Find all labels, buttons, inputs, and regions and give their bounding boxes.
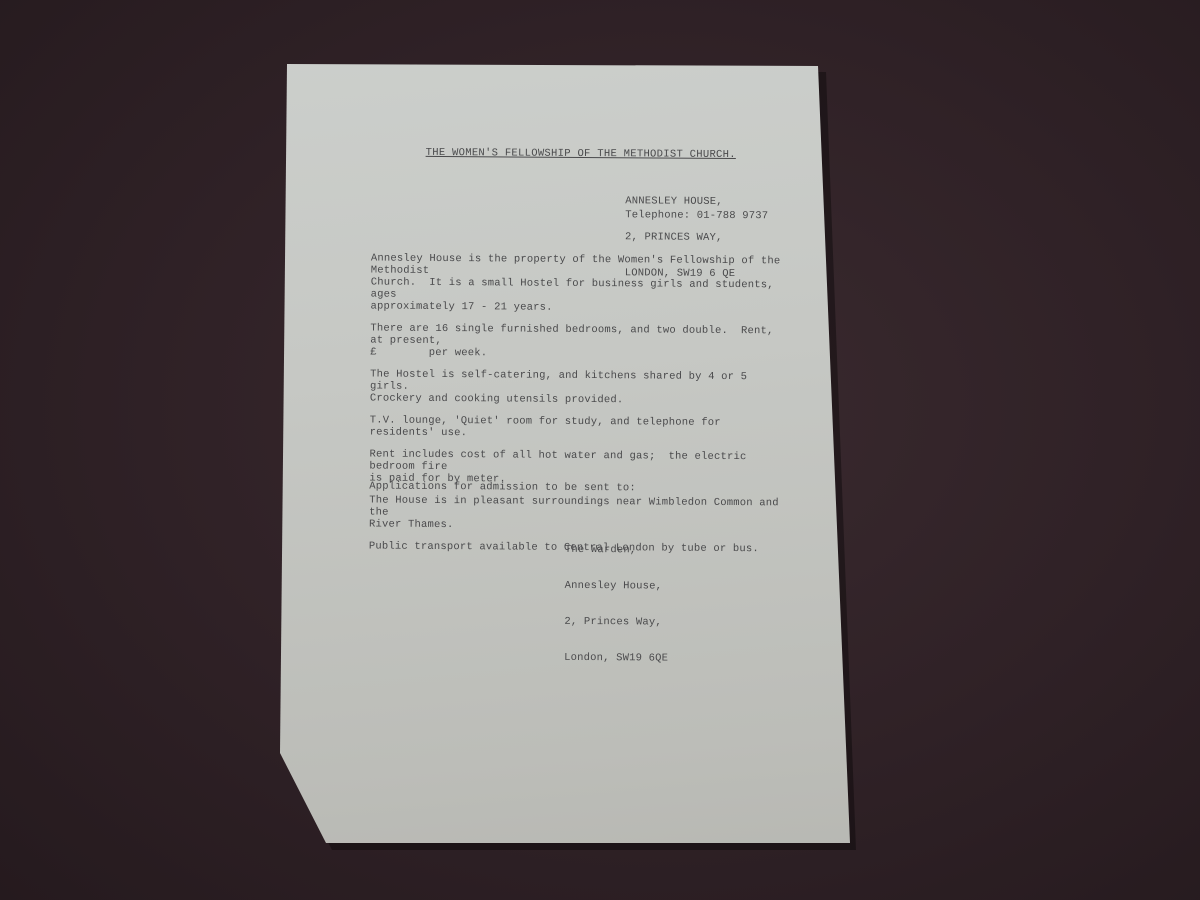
telephone: Telephone: 01-788 9737 <box>625 209 768 222</box>
document-title: THE WOMEN'S FELLOWSHIP OF THE METHODIST … <box>426 147 736 161</box>
paragraph: Annesley House is the property of the Wo… <box>371 252 791 315</box>
body-text: Annesley House is the property of the Wo… <box>369 252 791 565</box>
applications-line: Applications for admission to be sent to… <box>369 480 636 494</box>
warden-address: The Warden, Annesley House, 2, Princes W… <box>564 520 669 689</box>
address-line: ANNESLEY HOUSE, <box>625 195 736 208</box>
address-line: Annesley House, <box>565 580 669 593</box>
address-line: 2, PRINCES WAY, <box>625 231 736 244</box>
paragraph: There are 16 single furnished bedrooms, … <box>370 322 790 361</box>
paragraph: T.V. lounge, 'Quiet' room for study, and… <box>370 414 790 441</box>
address-line: London, SW19 6QE <box>564 652 668 665</box>
address-line: The Warden, <box>565 544 669 557</box>
paragraph: The Hostel is self-catering, and kitchen… <box>370 368 790 407</box>
address-line: 2, Princes Way, <box>564 616 668 629</box>
